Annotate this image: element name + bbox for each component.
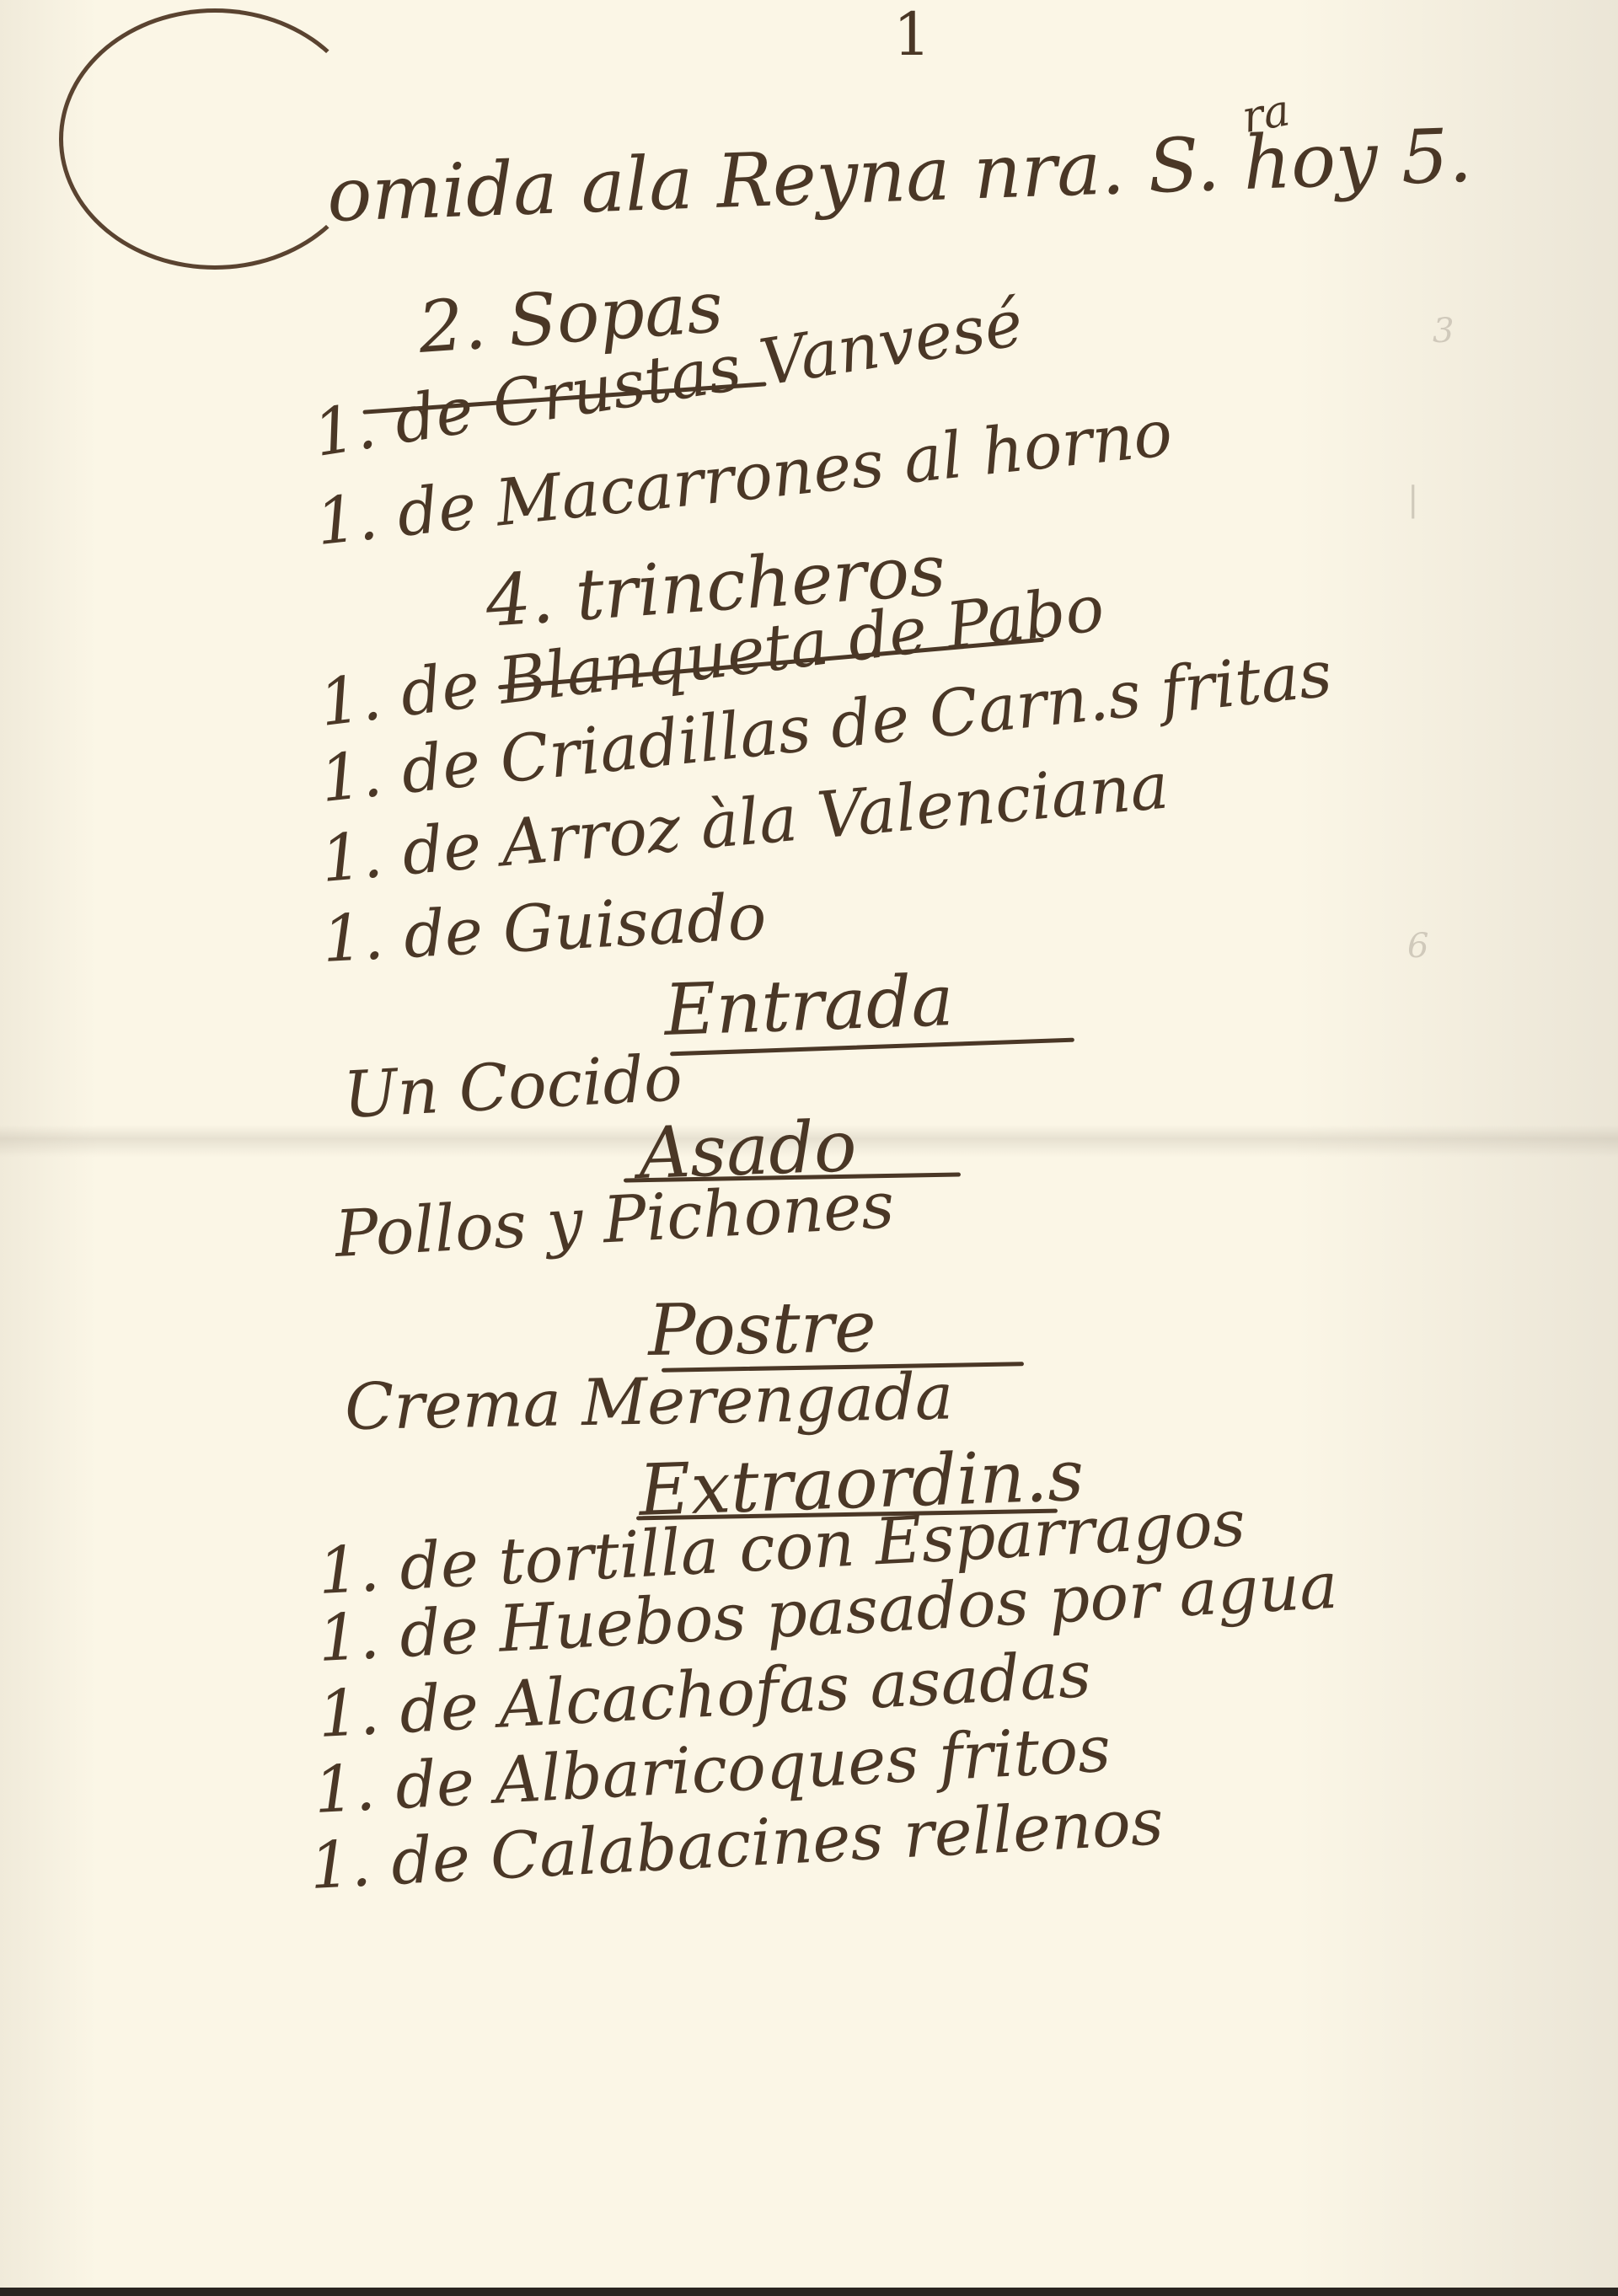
decorative-initial-c (59, 8, 371, 270)
page-number: 1 (893, 0, 931, 69)
margin-mark: 6 (1407, 927, 1428, 966)
menu-item: Crema Merengada (344, 1358, 953, 1444)
title-superscript: ra (1239, 85, 1294, 143)
section-heading-entrada: Entrada (663, 959, 955, 1052)
scan-bottom-edge (0, 2288, 1618, 2296)
margin-mark: 3 (1433, 312, 1454, 351)
margin-mark: | (1407, 480, 1418, 519)
section-heading-postre: Postre (647, 1285, 876, 1372)
